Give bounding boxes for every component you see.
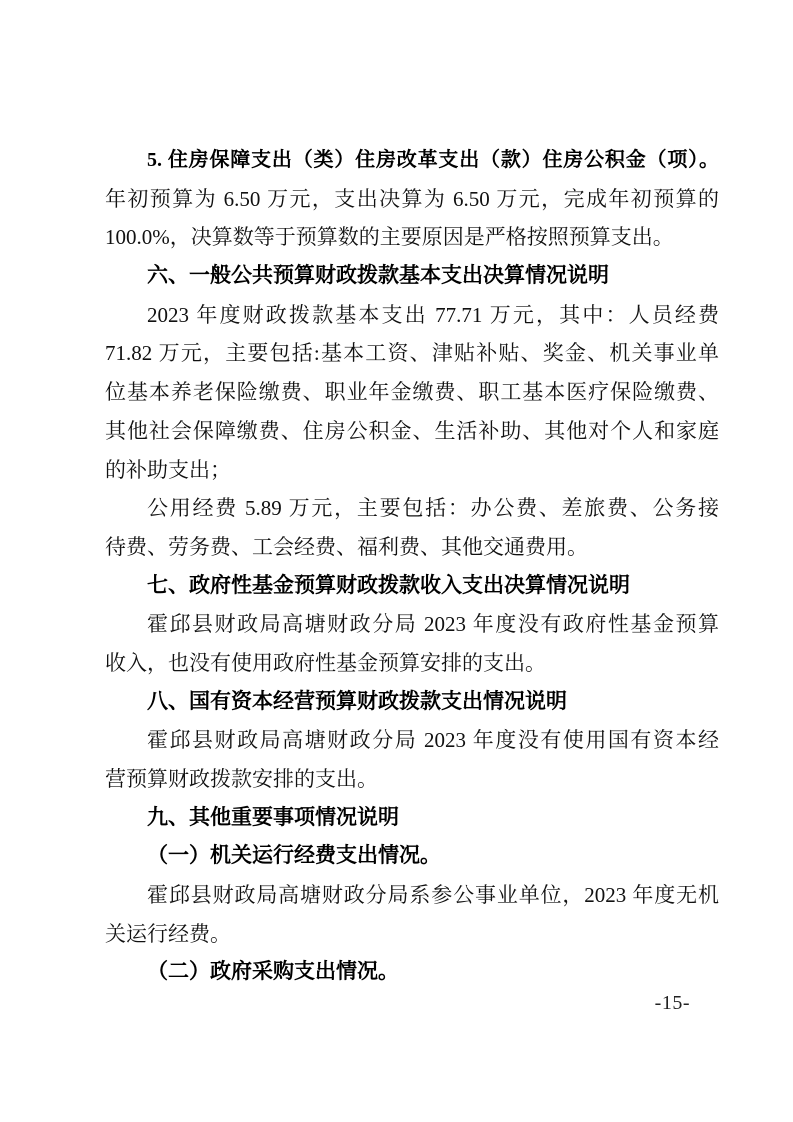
heading-section-9: 九、其他重要事项情况说明	[105, 799, 719, 838]
body-line: 关运行经费。	[105, 915, 719, 954]
body-line: 公用经费 5.89 万元，主要包括：办公费、差旅费、公务接	[105, 489, 719, 528]
body-line: 其他社会保障缴费、住房公积金、生活补助、其他对个人和家庭	[105, 412, 719, 451]
document-body: 5. 住房保障支出（类）住房改革支出（款）住房公积金（项）。 年初预算为 6.5…	[105, 141, 719, 992]
page-number: -15-	[655, 992, 690, 1015]
subheading-9-1: （一）机关运行经费支出情况。	[105, 837, 719, 876]
body-line: 待费、劳务费、工会经费、福利费、其他交通费用。	[105, 528, 719, 567]
body-line: 霍邱县财政局高塘财政分局系参公事业单位，2023 年度无机	[105, 876, 719, 915]
item-5-housing-title-line: 5. 住房保障支出（类）住房改革支出（款）住房公积金（项）。	[105, 141, 719, 180]
subheading-9-2: （二）政府采购支出情况。	[105, 953, 719, 992]
body-line: 收入，也没有使用政府性基金预算安排的支出。	[105, 644, 719, 683]
body-line: 100.0%，决算数等于预算数的主要原因是严格按照预算支出。	[105, 218, 719, 257]
heading-section-7: 七、政府性基金预算财政拨款收入支出决算情况说明	[105, 567, 719, 606]
body-line: 霍邱县财政局高塘财政分局 2023 年度没有政府性基金预算	[105, 605, 719, 644]
body-line: 年初预算为 6.50 万元，支出决算为 6.50 万元，完成年初预算的	[105, 180, 719, 219]
heading-section-8: 八、国有资本经营预算财政拨款支出情况说明	[105, 683, 719, 722]
document-page: 5. 住房保障支出（类）住房改革支出（款）住房公积金（项）。 年初预算为 6.5…	[0, 0, 793, 1122]
body-line: 位基本养老保险缴费、职业年金缴费、职工基本医疗保险缴费、	[105, 373, 719, 412]
heading-section-6: 六、一般公共预算财政拨款基本支出决算情况说明	[105, 257, 719, 296]
body-line: 2023 年度财政拨款基本支出 77.71 万元，其中：人员经费	[105, 296, 719, 335]
body-line: 营预算财政拨款安排的支出。	[105, 760, 719, 799]
body-line: 的补助支出；	[105, 451, 719, 490]
body-line: 71.82 万元，主要包括:基本工资、津贴补贴、奖金、机关事业单	[105, 334, 719, 373]
body-line: 霍邱县财政局高塘财政分局 2023 年度没有使用国有资本经	[105, 721, 719, 760]
